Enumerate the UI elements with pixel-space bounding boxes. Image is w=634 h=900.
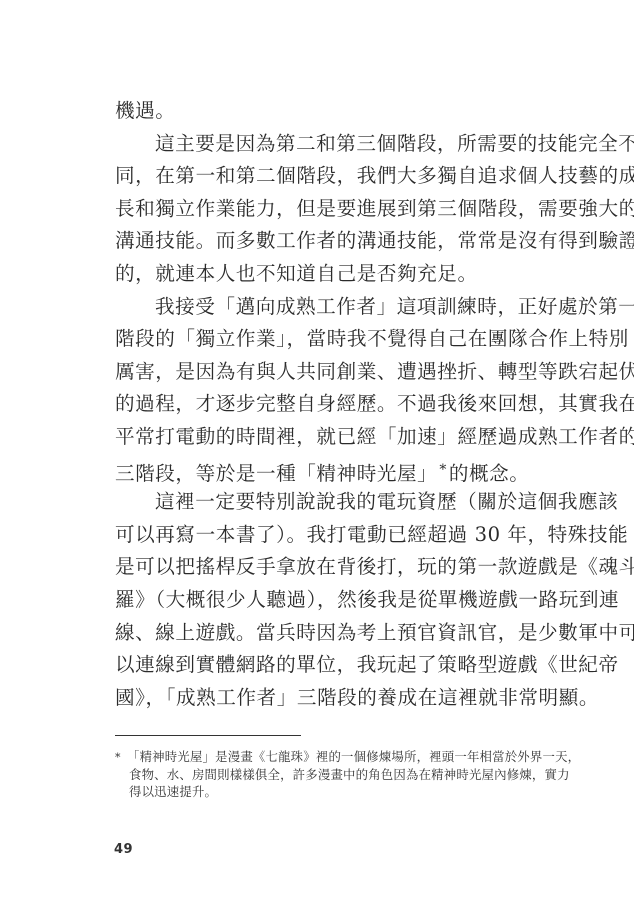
text-line: 平常打電動的時間裡，就已經「加速」經歷過成熟工作者的 [115, 421, 559, 454]
text-line: 這裡一定要特別說說我的電玩資歷（關於這個我應該 [115, 486, 559, 519]
text-line: 以連線到實體網路的單位，我玩起了策略型遊戲《世紀帝 [115, 649, 559, 682]
text-line: 羅》（大概很少人聽過），然後我是從單機遊戲一路玩到連 [115, 584, 559, 617]
text-fragment: 的概念。 [449, 462, 530, 485]
text-line: 階段的「獨立作業」，當時我不覺得自己在團隊合作上特別 [115, 323, 559, 356]
text-fragment: 三階段，等於是一種「精神時光屋」 [115, 462, 437, 485]
text-line: 同，在第一和第二個階段，我們大多獨自追求個人技藝的成 [115, 160, 559, 193]
text-line: 三階段，等於是一種「精神時光屋」*的概念。 [115, 454, 559, 487]
book-page: 機遇。 這主要是因為第二和第三個階段，所需要的技能完全不 同，在第一和第二個階段… [0, 0, 634, 900]
text-line: 溝通技能。而多數工作者的溝通技能，常常是沒有得到驗證 [115, 225, 559, 258]
text-line: 可以再寫一本書了）。我打電動已經超過 30 年，特殊技能 [115, 519, 559, 552]
body-text: 機遇。 這主要是因為第二和第三個階段，所需要的技能完全不 同，在第一和第二個階段… [115, 95, 559, 714]
footnote-line: 得以迅速提升。 [115, 783, 565, 801]
text-line: 長和獨立作業能力，但是要進展到第三個階段，需要強大的 [115, 193, 559, 226]
text-line: 這主要是因為第二和第三個階段，所需要的技能完全不 [115, 128, 559, 161]
page-number: 49 [114, 842, 133, 857]
footnote: *「精神時光屋」是漫畫《七龍珠》裡的一個修煉場所，裡頭一年相當於外界一天， 食物… [115, 748, 565, 801]
footnote-text: 「精神時光屋」是漫畫《七龍珠》裡的一個修煉場所，裡頭一年相當於外界一天， [127, 749, 580, 764]
footnote-mark: * [115, 749, 127, 767]
footnote-line: 食物、水、房間則樣樣俱全，許多漫畫中的角色因為在精神時光屋內修煉，實力 [115, 766, 565, 784]
footnote-line: *「精神時光屋」是漫畫《七龍珠》裡的一個修煉場所，裡頭一年相當於外界一天， [115, 748, 565, 766]
text-line: 機遇。 [115, 95, 559, 128]
text-line: 的過程，才逐步完整自身經歷。不過我後來回想，其實我在 [115, 388, 559, 421]
footnote-divider [115, 735, 301, 736]
text-line: 我接受「邁向成熟工作者」這項訓練時，正好處於第一 [115, 291, 559, 324]
footnote-reference[interactable]: * [439, 462, 447, 478]
text-line: 厲害，是因為有與人共同創業、遭遇挫折、轉型等跌宕起伏 [115, 356, 559, 389]
text-line: 是可以把搖桿反手拿放在背後打，玩的第一款遊戲是《魂斗 [115, 551, 559, 584]
text-line: 的，就連本人也不知道自己是否夠充足。 [115, 258, 559, 291]
text-line: 國》，「成熟工作者」三階段的養成在這裡就非常明顯。 [115, 682, 559, 715]
text-line: 線、線上遊戲。當兵時因為考上預官資訊官，是少數軍中可 [115, 617, 559, 650]
